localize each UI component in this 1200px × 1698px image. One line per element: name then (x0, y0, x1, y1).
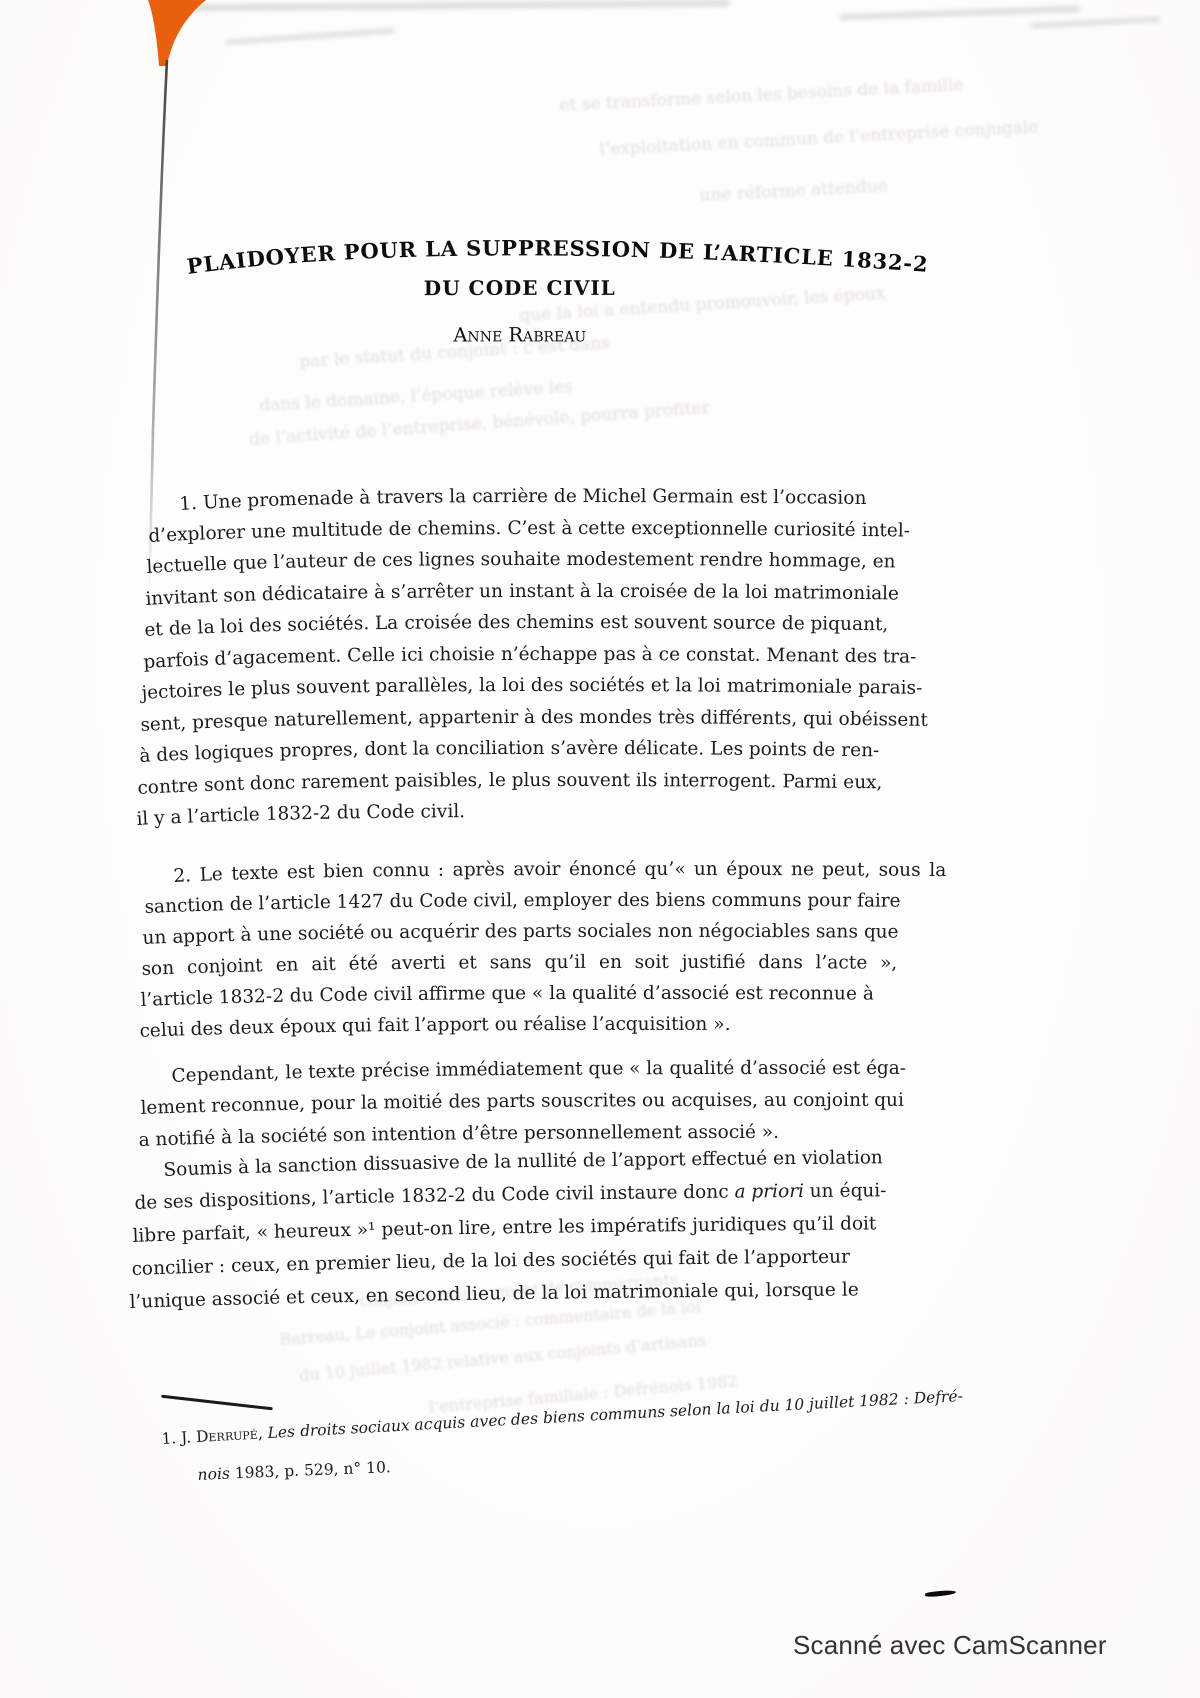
svg-text:lectuelle que l’auteur de ces: lectuelle que l’auteur de ces lignes sou… (146, 549, 896, 578)
svg-text:libre parfait, « heureux »¹ pe: libre parfait, « heureux »¹ peut-on lire… (132, 1213, 877, 1247)
paragraph-1: 1. Une promenade à travers la carrière d… (150, 482, 1110, 829)
title-line-2: DU CODE CIVIL (170, 272, 1040, 302)
camscanner-watermark: Scanné avec CamScanner (793, 1630, 1107, 1661)
text-line: d’explorer une multitude de chemins. C’e… (149, 514, 1109, 546)
scan-smudge (225, 28, 395, 45)
svg-text:Anne Rabreau: Anne Rabreau (452, 323, 586, 346)
paragraph-4: Soumis à la sanction dissuasive de la nu… (136, 1150, 1096, 1315)
text-line: un apport à une société ou acquérir des … (143, 918, 1103, 949)
svg-text:a notifié à la société son int: a notifié à la société son intention d’ê… (138, 1122, 779, 1151)
svg-text:son conjoint en ait été averti: son conjoint en ait été averti et sans q… (141, 952, 897, 980)
svg-text:à des logiques propres, dont l: à des logiques propres, dont la concilia… (139, 738, 879, 767)
svg-text:invitant son dédicataire à s’a: invitant son dédicataire à s’arrêter un … (145, 580, 899, 609)
article-title-block: PLAIDOYER POUR LA SUPPRESSION DE L’ARTIC… (170, 222, 890, 334)
text-line: sent, presque naturellement, appartenir … (141, 703, 1101, 735)
svg-text:jectoires le plus souvent para: jectoires le plus souvent parallèles, la… (139, 675, 923, 704)
scan-smudge (190, 0, 730, 11)
scanned-page: et se transforme selon les besoins de la… (0, 0, 1200, 1698)
svg-text:l’unique associé et ceux, en s: l’unique associé et ceux, en second lieu… (129, 1279, 859, 1313)
svg-text:d’explorer une multitude de ch: d’explorer une multitude de chemins. C’e… (148, 517, 910, 546)
text-line: invitant son dédicataire à s’arrêter un … (146, 577, 1106, 609)
ghost-text-line: et se transforme selon les besoins de la… (559, 75, 964, 116)
svg-text:Cependant, le texte précise im: Cependant, le texte précise immédiatemen… (171, 1058, 906, 1087)
text-line: libre parfait, « heureux »¹ peut-on lire… (133, 1216, 1093, 1249)
text-line: son conjoint en ait été averti et sans q… (142, 949, 1102, 980)
svg-text:un apport à une société ou acq: un apport à une société ou acquérir des … (143, 921, 899, 949)
text-line: Soumis à la sanction dissuasive de la nu… (136, 1150, 1096, 1183)
svg-text:contre sont donc rarement pais: contre sont donc rarement paisibles, le … (137, 769, 882, 798)
text-line: Cependant, le texte précise immédiatemen… (142, 1056, 1102, 1088)
text-line: lement reconnue, pour la moitié des part… (141, 1088, 1101, 1120)
text-line: l’article 1832-2 du Code civil affirme q… (141, 980, 1101, 1011)
title-line-1: PLAIDOYER POUR LA SUPPRESSION DE L’ARTIC… (170, 222, 1040, 272)
svg-text:et de la loi des sociétés. La: et de la loi des sociétés. La croisée de… (144, 612, 888, 641)
footnote-line: 1. J. Derrupé, Les droits sociaux acquis… (162, 1414, 1152, 1454)
svg-text:nois 1983, p. 529, n° 10.: nois 1983, p. 529, n° 10. (197, 1458, 391, 1484)
text-line: 2. Le texte est bien connu : après avoir… (146, 856, 1106, 887)
text-line: a notifié à la société son intention d’ê… (139, 1120, 1099, 1152)
scan-pen-dash (925, 1590, 956, 1598)
text-line: de ses dispositions, l’article 1832-2 du… (135, 1183, 1095, 1216)
ghost-text-line: une réforme attendue (699, 176, 888, 206)
text-line: jectoires le plus souvent parallèles, la… (142, 671, 1102, 703)
text-line: concilier : ceux, en premier lieu, de la… (132, 1249, 1092, 1282)
text-line: il y a l’article 1832-2 du Code civil. (137, 797, 1097, 829)
svg-text:Soumis à la sanction dissuasiv: Soumis à la sanction dissuasive de la nu… (163, 1147, 883, 1181)
footnote-line: nois 1983, p. 529, n° 10. (162, 1454, 732, 1484)
svg-text:concilier : ceux, en premier l: concilier : ceux, en premier lieu, de la… (131, 1247, 850, 1280)
svg-text:de ses dispositions, l’article: de ses dispositions, l’article 1832-2 du… (134, 1180, 886, 1214)
svg-text:parfois d’agacement. Celle ici: parfois d’agacement. Celle ici choisie n… (142, 643, 916, 672)
orange-corner-mark (148, 0, 206, 66)
text-line: 1. Une promenade à travers la carrière d… (150, 482, 1110, 514)
text-line: à des logiques propres, dont la concilia… (140, 734, 1100, 766)
svg-text:l’article 1832-2 du Code civil: l’article 1832-2 du Code civil affirme q… (140, 983, 874, 1011)
svg-text:1. Une promenade à travers la: 1. Une promenade à travers la carrière d… (179, 486, 867, 515)
text-line: l’unique associé et ceux, en second lieu… (130, 1282, 1090, 1315)
author-name: Anne Rabreau (170, 302, 1040, 334)
footnote: 1. J. Derrupé, Les droits sociaux acquis… (162, 1414, 1152, 1484)
text-line: contre sont donc rarement paisibles, le … (138, 766, 1098, 798)
footnote-separator (161, 1395, 273, 1411)
svg-text:lement reconnue, pour la moiti: lement reconnue, pour la moitié des part… (140, 1090, 904, 1119)
svg-text:2. Le texte est bien connu : a: 2. Le texte est bien connu : après avoir… (173, 859, 946, 887)
scan-smudge (840, 6, 1080, 20)
paragraph-3: Cependant, le texte précise immédiatemen… (142, 1056, 1102, 1152)
text-line: parfois d’agacement. Celle ici choisie n… (144, 640, 1104, 672)
scan-smudge (1030, 17, 1160, 29)
svg-text:DU CODE CIVIL: DU CODE CIVIL (424, 276, 616, 300)
svg-text:sanction de l’article 1427 du: sanction de l’article 1427 du Code civil… (144, 890, 900, 918)
ghost-text-line: l’exploitation en commun de l’entreprise… (599, 117, 1039, 160)
text-line: lectuelle que l’auteur de ces lignes sou… (147, 545, 1107, 577)
text-line: celui des deux époux qui fait l’apport o… (140, 1011, 1100, 1042)
svg-text:celui des deux époux qui fait: celui des deux époux qui fait l’apport o… (139, 1014, 730, 1042)
text-line: sanction de l’article 1427 du Code civil… (145, 887, 1105, 918)
paragraph-2: 2. Le texte est bien connu : après avoir… (146, 856, 1106, 1042)
text-line: et de la loi des sociétés. La croisée de… (145, 608, 1105, 640)
svg-text:il y a l’article 1832-2 du Cod: il y a l’article 1832-2 du Code civil. (136, 801, 465, 830)
svg-text:sent, presque naturellement, a: sent, presque naturellement, appartenir … (140, 706, 929, 735)
